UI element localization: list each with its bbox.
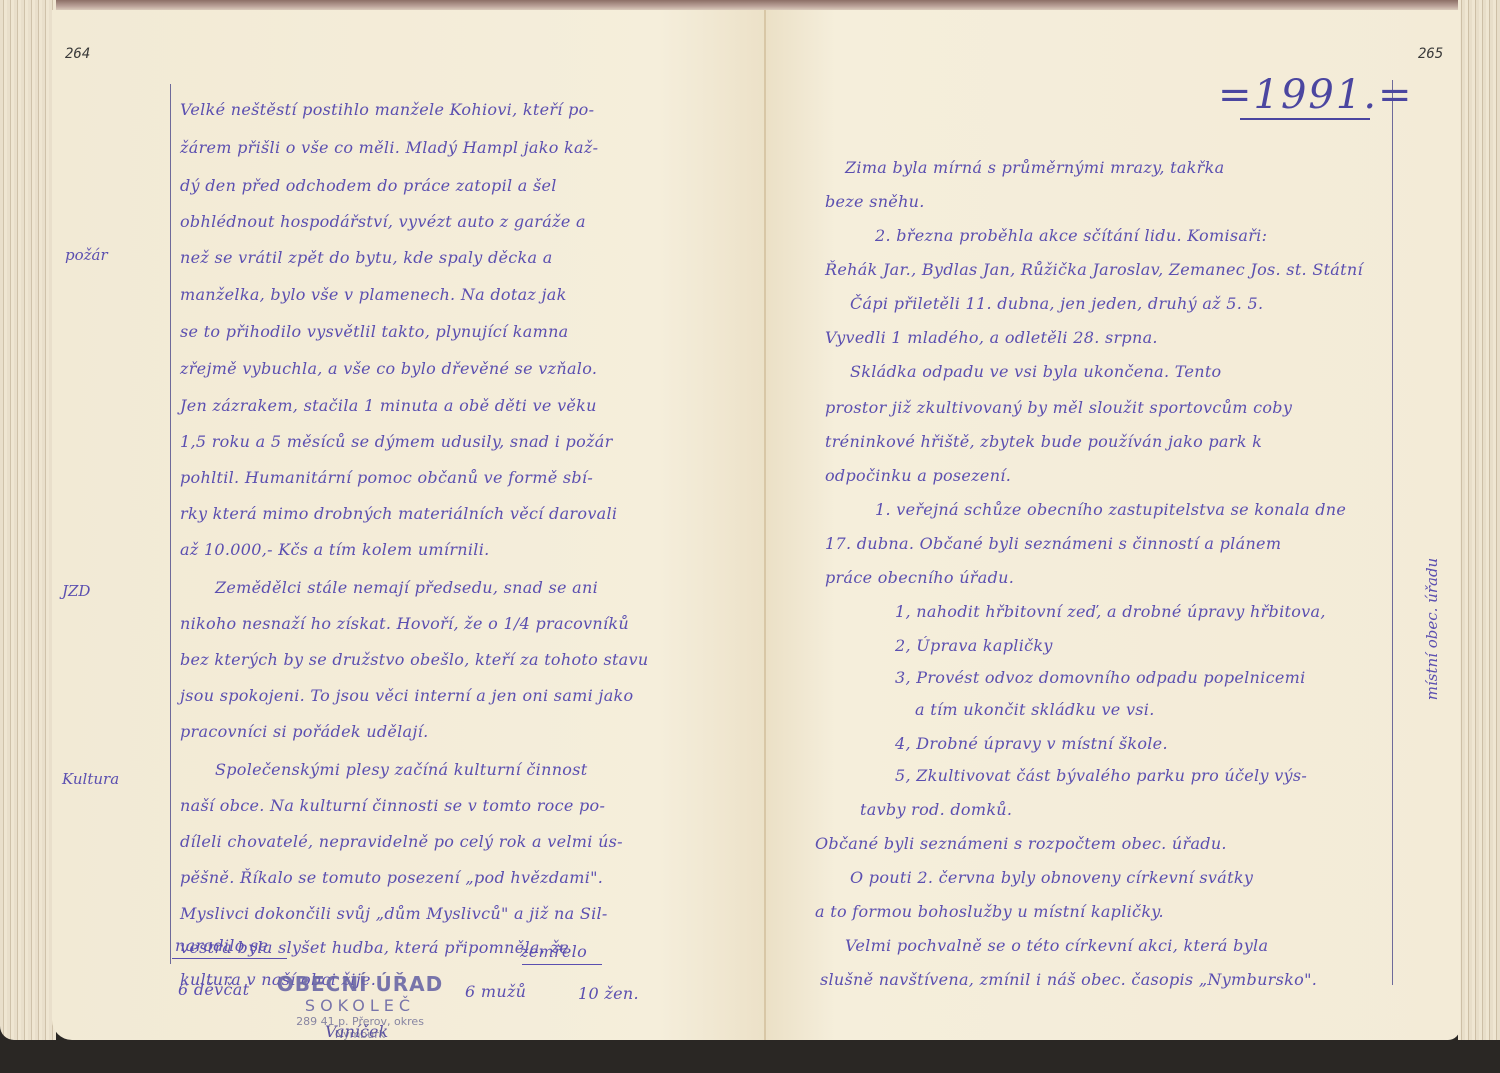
margin-note-fire: požár bbox=[65, 246, 108, 264]
text-line: O pouti 2. června byly obnoveny církevní… bbox=[850, 868, 1253, 887]
born-label-underline bbox=[172, 958, 287, 959]
text-line: Velmi pochvalně se o této církevní akci,… bbox=[845, 936, 1268, 955]
text-line: obhlédnout hospodářství, vyvézt auto z g… bbox=[180, 212, 586, 231]
margin-note-culture: Kultura bbox=[62, 770, 119, 788]
list-item: 5, Zkultivovat část bývalého parku pro ú… bbox=[895, 766, 1307, 785]
born-count: 6 děvčat bbox=[178, 980, 249, 999]
margin-note-jzd: JZD bbox=[62, 582, 90, 600]
text-line: naší obce. Na kulturní činnosti se v tom… bbox=[180, 796, 605, 815]
text-line: Velké neštěstí postihlo manžele Kohiovi,… bbox=[180, 100, 594, 119]
left-page-number: 264 bbox=[65, 46, 90, 62]
text-line: manželka, bylo vše v plamenech. Na dotaz… bbox=[180, 285, 567, 304]
text-line: Vyvedli 1 mladého, a odletěli 28. srpna. bbox=[825, 328, 1158, 347]
died-men-count: 6 mužů bbox=[465, 982, 526, 1001]
text-line: Řehák Jar., Bydlas Jan, Růžička Jaroslav… bbox=[825, 260, 1363, 279]
right-page-number: 265 bbox=[1418, 46, 1443, 62]
text-line: práce obecního úřadu. bbox=[825, 568, 1014, 587]
text-line: 17. dubna. Občané byli seznámeni s činno… bbox=[825, 534, 1281, 553]
text-line: dý den před odchodem do práce zatopil a … bbox=[180, 176, 557, 195]
text-line: slušně navštívena, zmínil i náš obec. ča… bbox=[820, 970, 1317, 989]
right-page-stack-edges bbox=[1458, 0, 1500, 1040]
list-item: 1, nahodit hřbitovní zeď, a drobné úprav… bbox=[895, 602, 1326, 621]
text-line: Zemědělci stále nemají předsedu, snad se… bbox=[215, 578, 598, 597]
list-item: 2, Úprava kapličky bbox=[895, 636, 1053, 655]
text-line: prostor již zkultivovaný by měl sloužit … bbox=[825, 398, 1292, 417]
left-margin-rule bbox=[170, 84, 171, 964]
list-item: tavby rod. domků. bbox=[860, 800, 1012, 819]
text-line: beze sněhu. bbox=[825, 192, 925, 211]
signature: Vaníček bbox=[325, 1022, 388, 1041]
text-line: až 10.000,- Kčs a tím kolem umírnili. bbox=[180, 540, 490, 559]
text-line: Jen zázrakem, stačila 1 minuta a obě dět… bbox=[180, 396, 597, 415]
born-label: narodilo se bbox=[175, 936, 268, 955]
text-line: rky která mimo drobných materiálních věc… bbox=[180, 504, 617, 523]
text-line: tréninkové hřiště, zbytek bude používán … bbox=[825, 432, 1262, 451]
text-line: pěšně. Říkalo se tomuto posezení „pod hv… bbox=[180, 868, 603, 887]
text-line: Zima byla mírná s průměrnými mrazy, takř… bbox=[845, 158, 1224, 177]
text-line: 2. března proběhla akce sčítání lidu. Ko… bbox=[875, 226, 1267, 245]
year-heading-underline bbox=[1240, 118, 1370, 120]
open-book: 264 požár JZD Kultura Velké neštěstí pos… bbox=[0, 0, 1500, 1045]
text-line: odpočinku a posezení. bbox=[825, 466, 1011, 485]
text-line: Myslivci dokončili svůj „dům Myslivců" a… bbox=[180, 904, 608, 923]
list-item: 4, Drobné úpravy v místní škole. bbox=[895, 734, 1168, 753]
text-line: bez kterých by se družstvo obešlo, kteří… bbox=[180, 650, 648, 669]
year-heading: =1991.= bbox=[1218, 72, 1414, 118]
text-line: zřejmě vybuchla, a vše co bylo dřevěné s… bbox=[180, 359, 597, 378]
died-women-count: 10 žen. bbox=[578, 984, 639, 1003]
text-line: Čápi přiletěli 11. dubna, jen jeden, dru… bbox=[850, 294, 1263, 313]
stamp-line-village: SOKOLEČ bbox=[270, 996, 450, 1015]
right-margin-rule bbox=[1392, 80, 1393, 985]
stamp-line-office: OBECNÍ ÚŘAD bbox=[270, 972, 450, 996]
list-item: a tím ukončit skládku ve vsi. bbox=[915, 700, 1155, 719]
died-label-underline bbox=[522, 964, 602, 965]
text-line: pracovníci si pořádek udělají. bbox=[180, 722, 428, 741]
text-line: 1,5 roku a 5 měsíců se dýmem udusily, sn… bbox=[180, 432, 613, 451]
text-line: a to formou bohoslužby u místní kapličky… bbox=[815, 902, 1164, 921]
text-line: než se vrátil zpět do bytu, kde spaly dě… bbox=[180, 248, 553, 267]
text-line: se to přihodilo vysvětlil takto, plynují… bbox=[180, 322, 569, 341]
text-line: pohltil. Humanitární pomoc občanů ve for… bbox=[180, 468, 593, 487]
text-line: nikoho nesnaží ho získat. Hovoří, že o 1… bbox=[180, 614, 629, 633]
vertical-margin-note: místní obec. úřadu bbox=[1423, 549, 1441, 709]
text-line: Občané byli seznámeni s rozpočtem obec. … bbox=[815, 834, 1227, 853]
text-line: jsou spokojeni. To jsou věci interní a j… bbox=[180, 686, 633, 705]
text-line: díleli chovatelé, nepravidelně po celý r… bbox=[180, 832, 623, 851]
left-page-stack-edges bbox=[0, 0, 56, 1040]
text-line: Společenskými plesy začíná kulturní činn… bbox=[215, 760, 588, 779]
text-line: Skládka odpadu ve vsi byla ukončena. Ten… bbox=[850, 362, 1221, 381]
text-line: 1. veřejná schůze obecního zastupitelstv… bbox=[875, 500, 1346, 519]
died-label: zemřelo bbox=[520, 942, 587, 961]
text-line: žárem přišli o vše co měli. Mladý Hampl … bbox=[180, 138, 598, 157]
list-item: 3, Provést odvoz domovního odpadu popeln… bbox=[895, 668, 1306, 687]
